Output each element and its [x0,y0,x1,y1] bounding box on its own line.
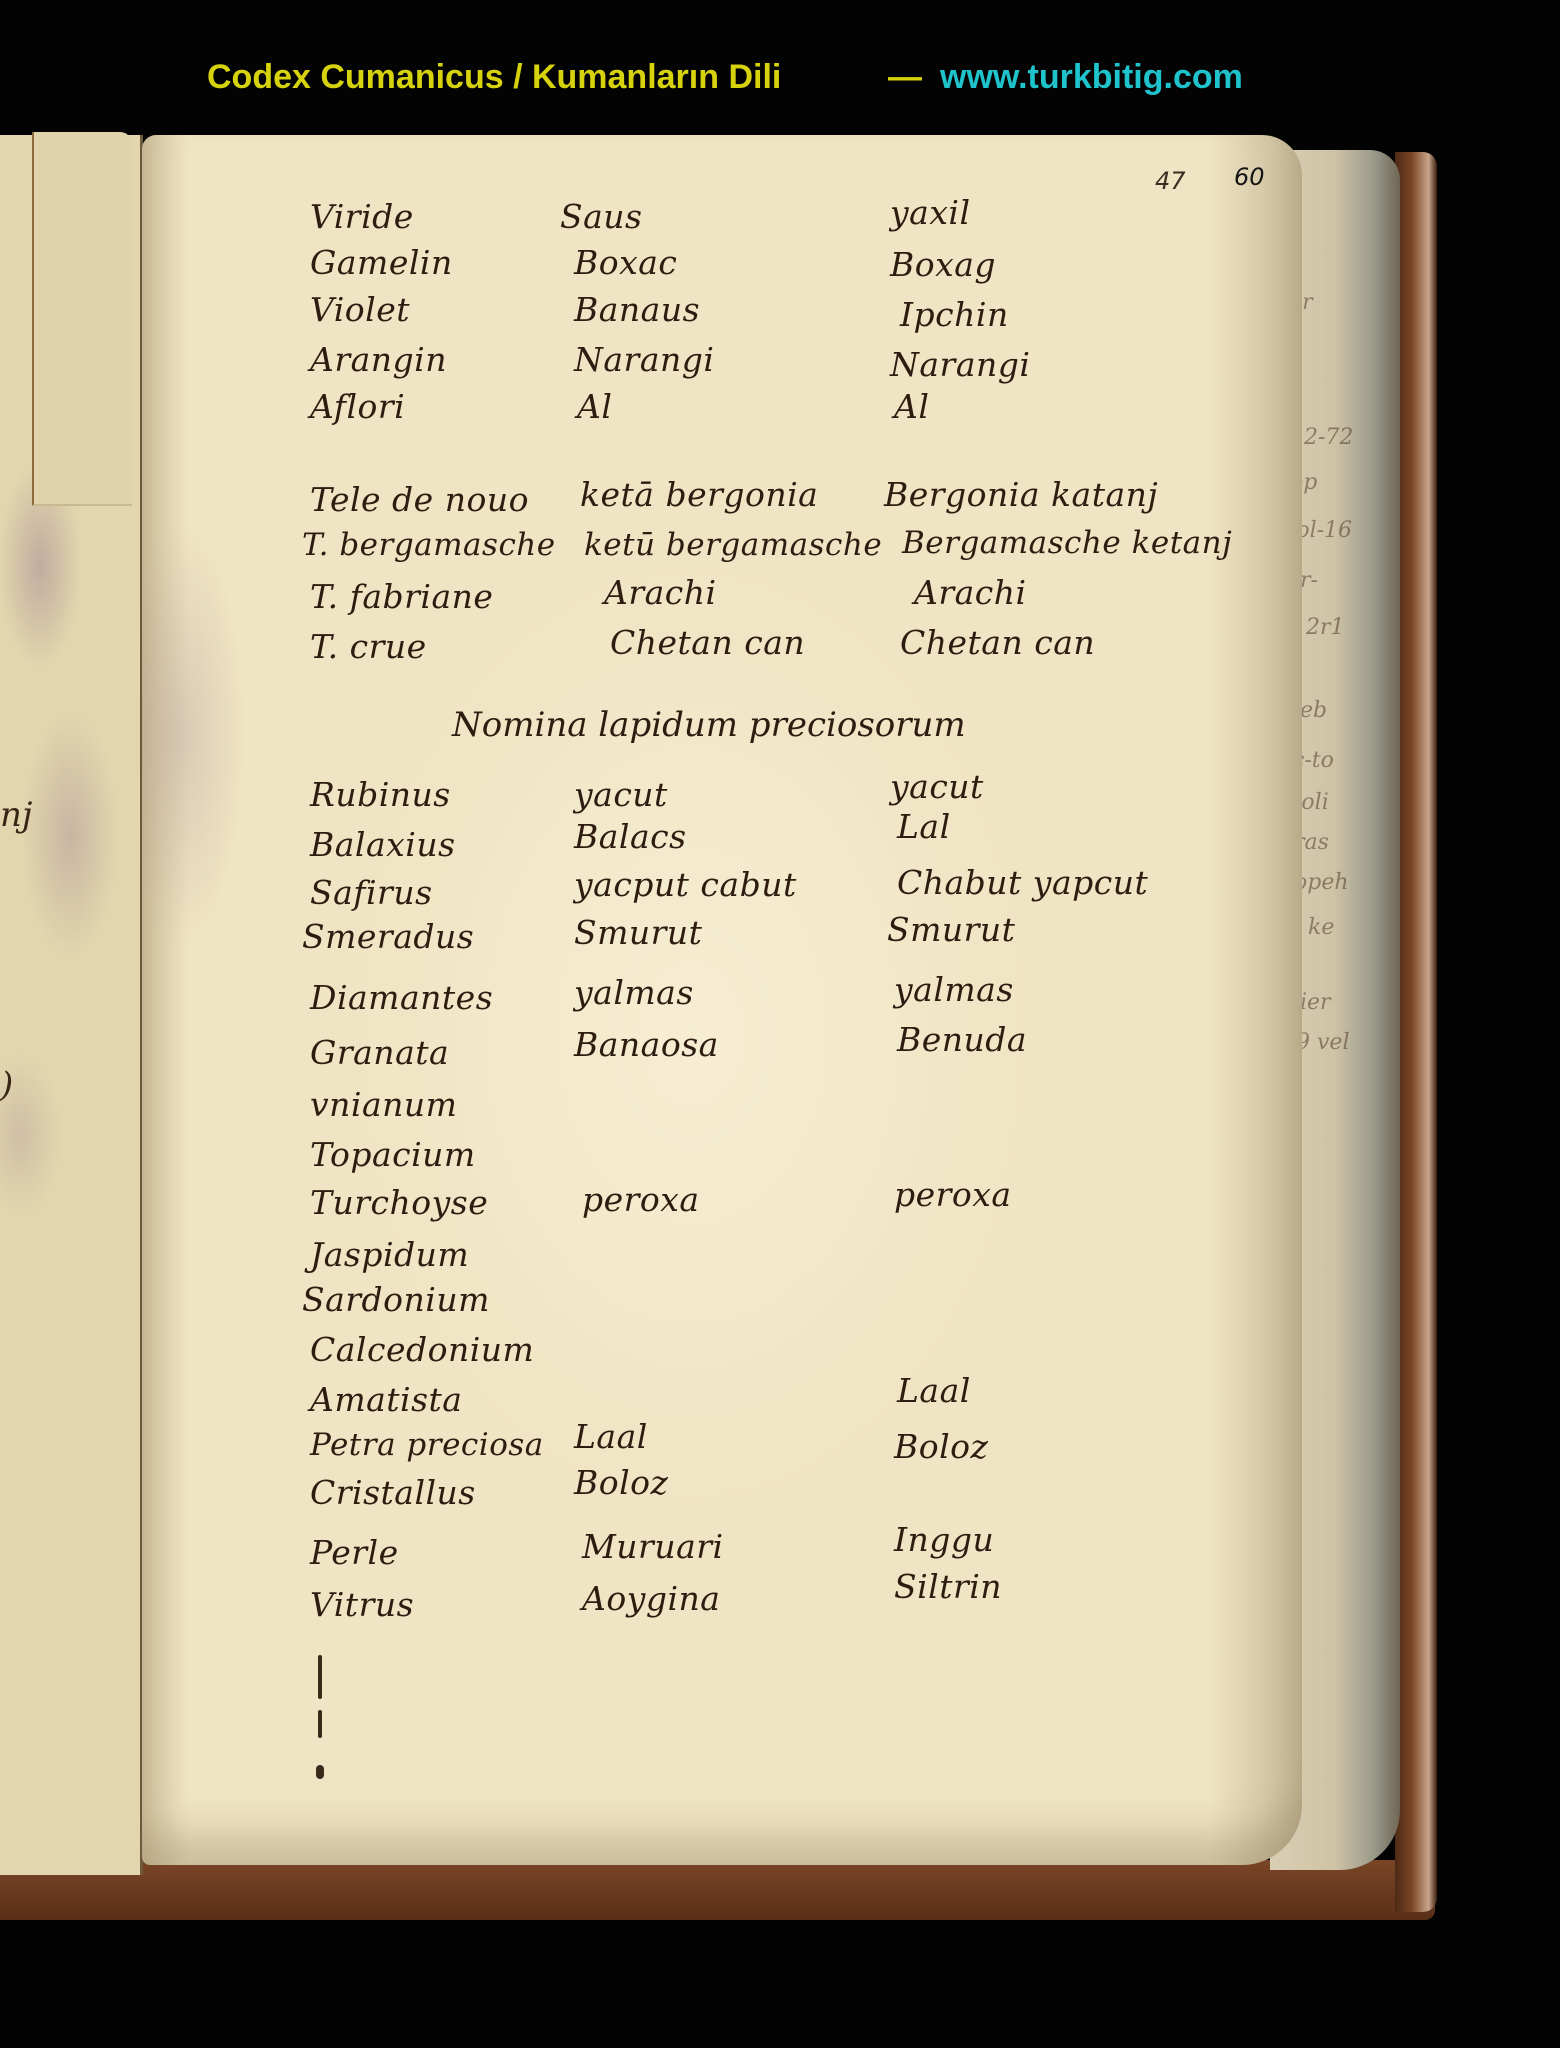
cuman-term: Ipchin [900,295,1009,334]
latin-term: T. bergamasche [302,527,556,563]
cuman-term: Boloz [894,1427,988,1466]
cuman-term: Bergonia katanj [884,475,1158,514]
marginal-note: eb [1300,698,1327,723]
persian-term: Boloz [574,1463,668,1502]
persian-term: Arachi [604,573,717,612]
persian-term: ketā bergonia [580,475,818,514]
latin-term: Granata [310,1033,449,1072]
latin-term: Safirus [310,873,433,912]
cuman-term: Narangi [890,345,1030,384]
latin-term: Jaspidum [310,1235,469,1274]
persian-term: Balacs [574,817,687,856]
latin-term: Vitrus [310,1585,414,1624]
persian-term: Al [577,387,612,426]
persian-term: yacput cabut [574,865,797,904]
persian-term: yacut [574,775,668,814]
latin-term: Aflori [310,387,405,426]
marginal-note: 9 vel [1296,1030,1349,1055]
folio-number-old: 47 [1155,167,1186,195]
book-cover-edge [1395,152,1437,1912]
latin-term: Smeradus [302,917,474,956]
cuman-term: Laal [897,1371,971,1410]
latin-term: Balaxius [310,825,456,864]
latin-term: Arangin [310,340,447,379]
header-separator: — [888,58,922,97]
persian-term: Aoygina [582,1579,720,1618]
ink-dot [316,1765,324,1779]
section-heading: Nomina lapidum preciosorum [452,705,966,745]
cuman-term: yacut [890,767,984,806]
persian-term: Chetan can [610,623,805,662]
latin-term: Petra preciosa [310,1427,544,1463]
left-page-fragment: nj [0,795,32,835]
persian-term: Narangi [574,340,714,379]
latin-term: T. crue [310,627,427,666]
persian-term: Banaosa [574,1025,719,1064]
cuman-term: Arachi [914,573,1027,612]
latin-term: Rubinus [310,775,451,814]
marginal-note: ke [1308,915,1334,940]
persian-term: Muruari [582,1527,724,1566]
latin-term: vnianum [310,1085,457,1124]
cuman-term: Benuda [897,1020,1027,1059]
ink-stroke [318,1655,322,1699]
header-site-link[interactable]: www.turkbitig.com [940,58,1243,97]
latin-term: Topacium [310,1135,476,1174]
latin-term: Violet [310,290,410,329]
latin-term: Diamantes [310,978,493,1017]
ink-stroke [318,1710,322,1738]
latin-term: Sardonium [302,1280,490,1319]
cuman-term: Smurut [887,910,1015,949]
manuscript-page: 47 60 Viride Saus yaxil Gamelin Boxac Bo… [142,135,1302,1865]
cuman-term: Siltrin [894,1567,1002,1606]
cuman-term: Inggu [894,1520,994,1559]
persian-term: Saus [560,197,642,236]
marginal-note: ier [1300,990,1331,1015]
left-page-fragment: ) [0,1065,13,1105]
latin-term: Cristallus [310,1473,476,1512]
cuman-term: Boxag [890,245,996,284]
latin-term: Amatista [310,1380,462,1419]
cuman-term: peroxa [894,1175,1012,1214]
cuman-term: yalmas [894,970,1014,1009]
cuman-term: yaxil [890,193,971,232]
persian-term: ketū bergamasche [584,527,882,563]
persian-term: Smurut [574,913,702,952]
header-title: Codex Cumanicus / Kumanların Dili [207,58,781,97]
latin-term: Gamelin [310,243,453,282]
cuman-term: Al [894,387,929,426]
latin-term: Calcedonium [310,1330,534,1369]
cuman-term: Chetan can [900,623,1095,662]
cuman-term: Bergamasche ketanj [902,525,1232,561]
cuman-term: Chabut yapcut [897,863,1148,902]
persian-term: Banaus [574,290,700,329]
persian-term: yalmas [574,973,694,1012]
left-page-flap [32,132,132,506]
latin-term: Tele de nouo [310,480,529,519]
cuman-term: Lal [897,807,951,846]
marginal-note: opeh [1294,870,1349,895]
book-cover-bottom [0,1860,1435,1920]
persian-term: Boxac [574,243,677,282]
latin-term: T. fabriane [310,577,493,616]
watermark-header: Codex Cumanicus / Kumanların Dili — www.… [0,52,1560,112]
persian-term: peroxa [582,1180,700,1219]
latin-term: Turchoyse [310,1183,488,1222]
latin-term: Viride [310,197,414,236]
latin-term: Perle [310,1533,399,1572]
folio-number-new: 60 [1234,163,1265,191]
persian-term: Laal [574,1417,648,1456]
